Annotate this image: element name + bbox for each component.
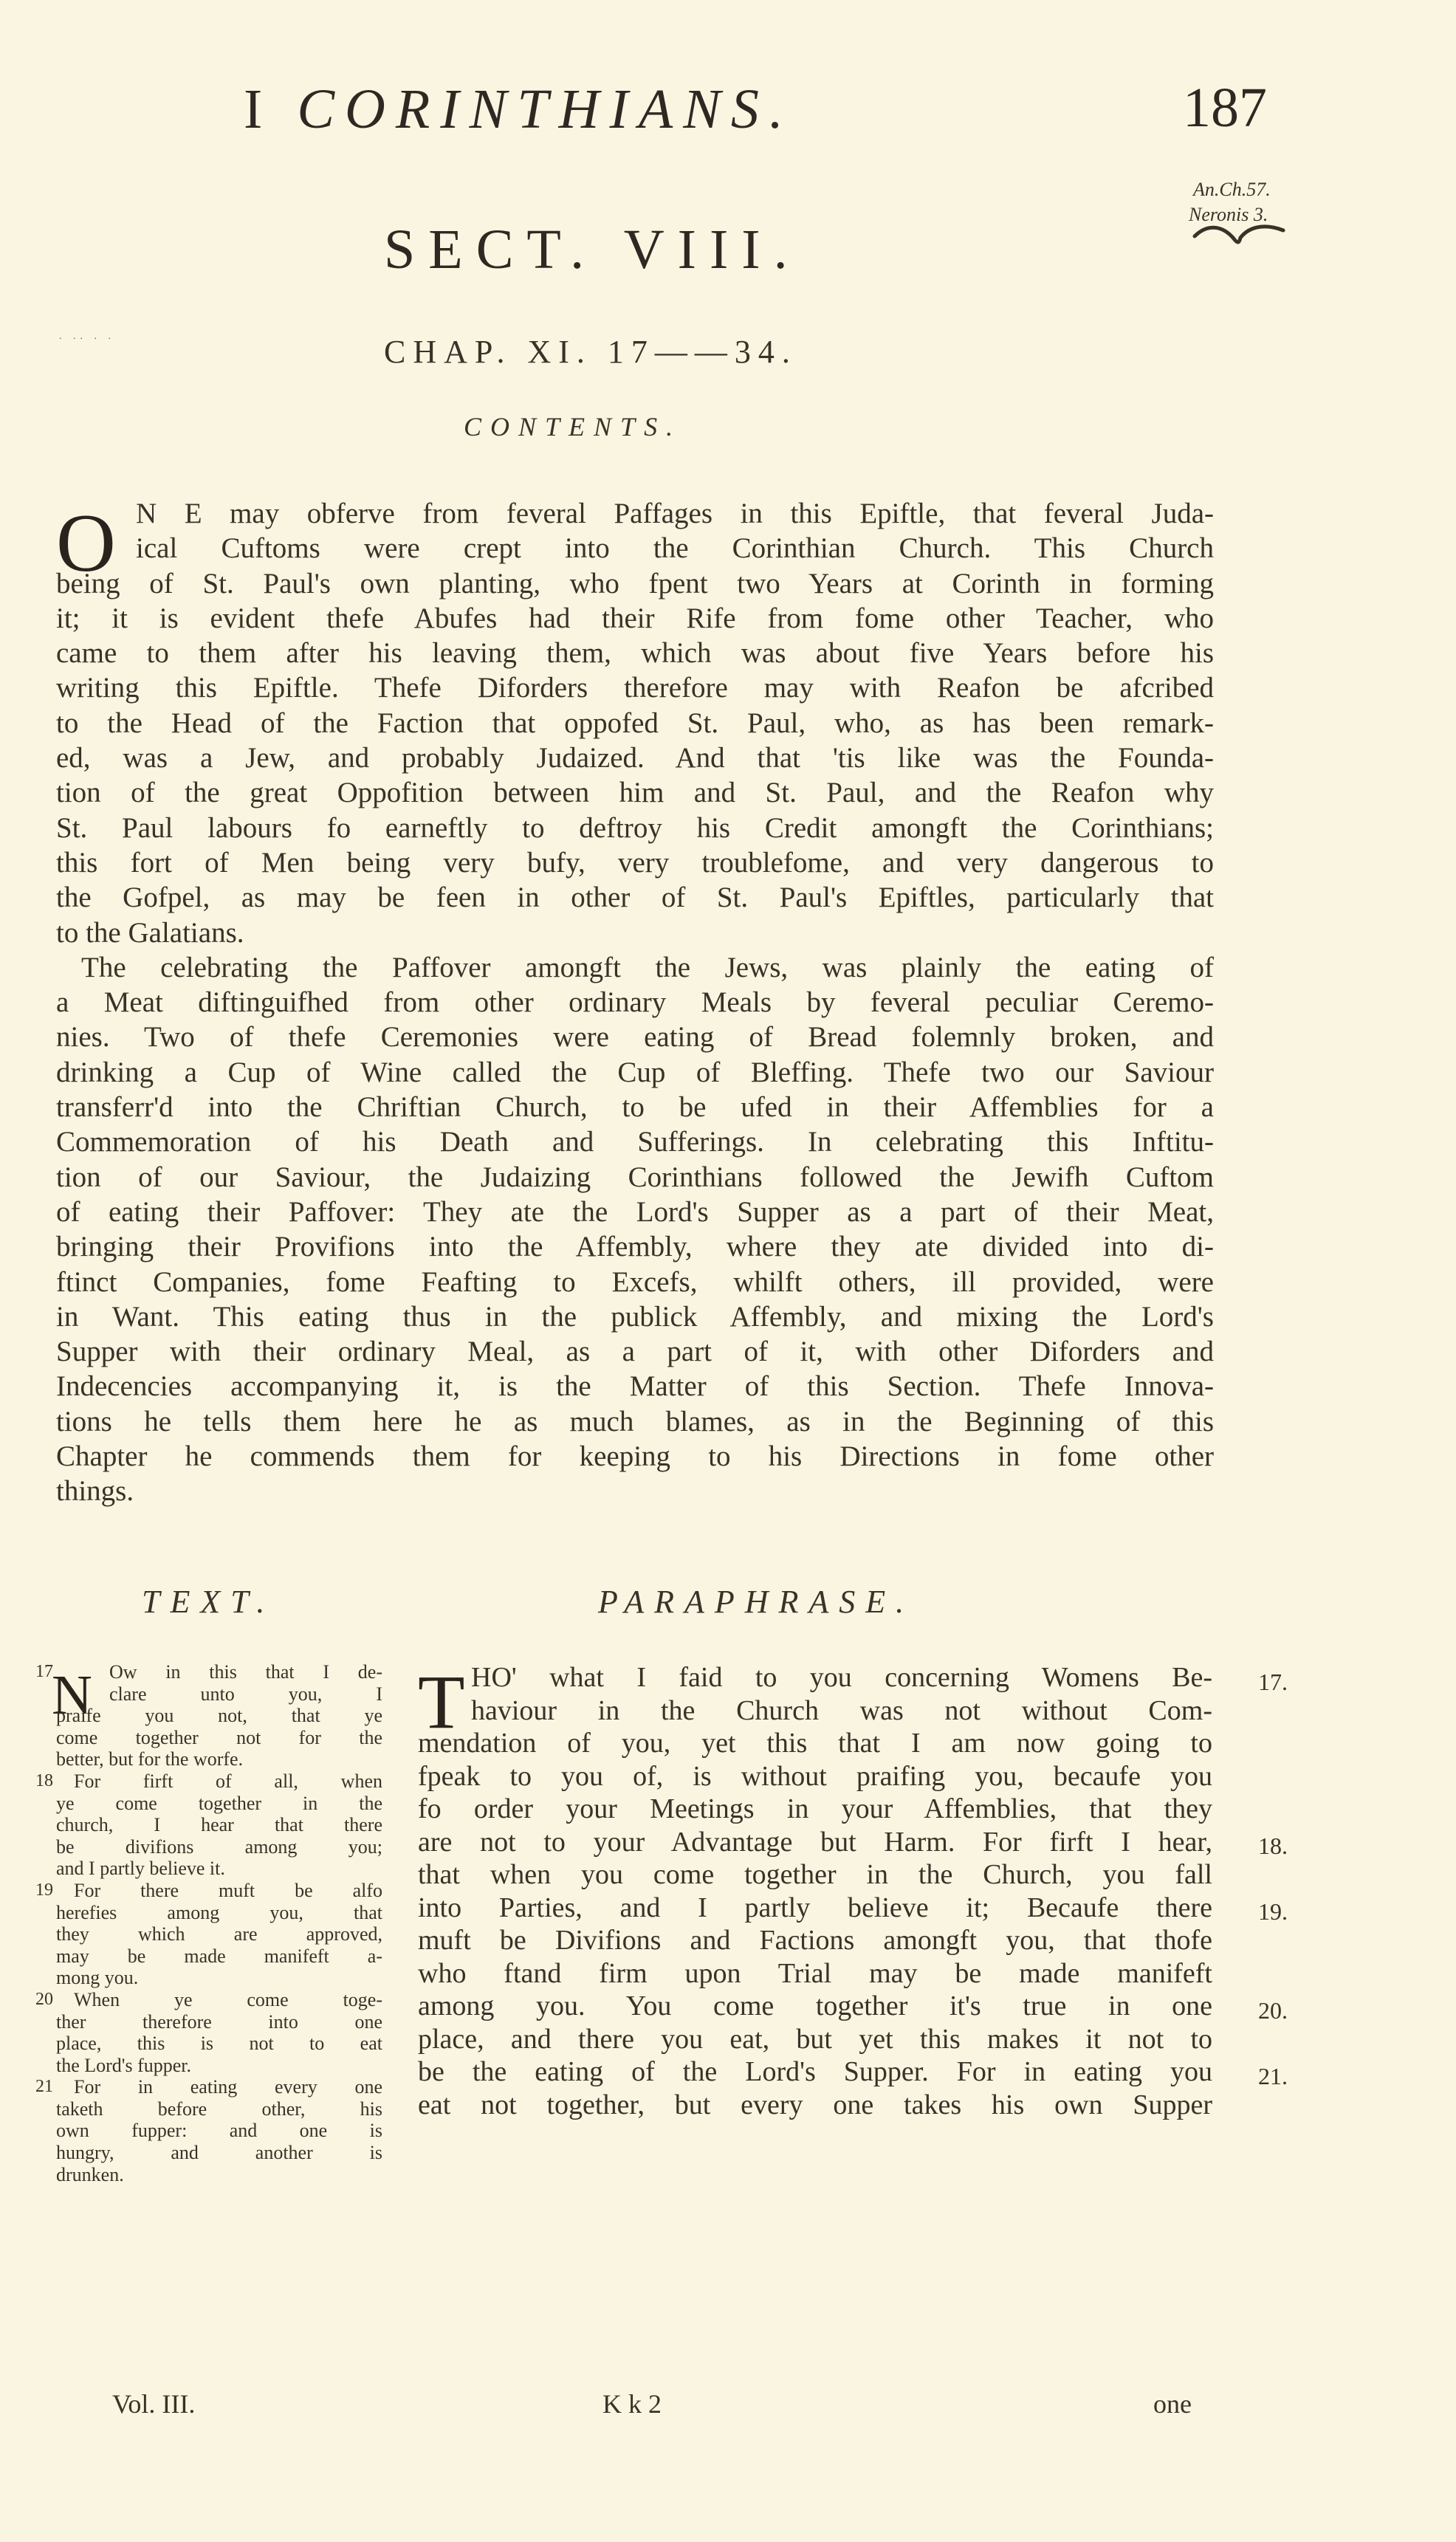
volume-label: Vol. III. (112, 2391, 195, 2417)
ornament-flourish-icon (1192, 221, 1288, 251)
paraphrase-line: fo order your Meetings in your Affemblie… (418, 1793, 1212, 1826)
text-line: clare unto you, I (35, 1683, 382, 1705)
contents-line: things. (56, 1474, 1214, 1508)
text-line: taketh before other, his (35, 2098, 382, 2120)
verse-marker: 17. (1258, 1670, 1288, 1694)
text-line: the Lord's fupper. (35, 2055, 382, 2077)
paraphrase-line: fpeak to you of, is without praifing you… (418, 1760, 1212, 1793)
contents-line: came to them after his leaving them, whi… (56, 636, 1214, 670)
text-line: 20When ye come toge- (35, 1989, 382, 2011)
text-line: better, but for the worfe. (35, 1748, 382, 1770)
contents-line: Commemoration of his Death and Suffering… (56, 1124, 1214, 1159)
paraphrase-line: among you. You come together it's true i… (418, 1990, 1212, 2023)
text-line: drunken. (35, 2164, 382, 2186)
text-line: ye come together in the (35, 1793, 382, 1815)
contents-line: tion of the great Oppofition between him… (56, 775, 1214, 810)
running-title-prefix: I (244, 78, 297, 140)
contents-line: writing this Epiftle. Thefe Diforders th… (56, 670, 1214, 705)
paraphrase-line: are not to your Advantage but Harm. For … (418, 1826, 1212, 1859)
paraphrase-line: muft be Divifions and Factions amongft y… (418, 1924, 1212, 1957)
paraphrase-column: HO' what I faid to you concerning Womens… (418, 1661, 1212, 2121)
page-number: 187 (1183, 80, 1267, 136)
contents-line: ical Cuftoms were crept into the Corinth… (56, 531, 1214, 566)
contents-line: Indecencies accompanying it, is the Matt… (56, 1369, 1214, 1404)
verse-number: 21 (35, 2076, 53, 2098)
paraphrase-line: that when you come together in the Churc… (418, 1858, 1212, 1892)
text-line: own fupper: and one is (35, 2120, 382, 2142)
contents-line: Supper with their ordinary Meal, as a pa… (56, 1334, 1214, 1369)
paraphrase-line: be the eating of the Lord's Supper. For … (418, 2055, 1212, 2089)
verse-number: 18 (35, 1770, 53, 1793)
text-column: 17Ow in this that I de- clare unto you, … (35, 1661, 382, 2185)
contents-line: of eating their Paffover: They ate the L… (56, 1195, 1214, 1229)
text-line: and I partly believe it. (35, 1858, 382, 1880)
contents-line: ftinct Companies, fome Feafting to Excef… (56, 1265, 1214, 1299)
text-line: place, this is not to eat (35, 2033, 382, 2055)
chapter-title: CHAP. XI. 17——34. (384, 336, 797, 368)
verse-marker: 21. (1258, 2064, 1288, 2088)
text-line: 21For in eating every one (35, 2076, 382, 2098)
paraphrase-line: place, and there you eat, but yet this m… (418, 2023, 1212, 2056)
contents-line: tion of our Saviour, the Judaizing Corin… (56, 1160, 1214, 1195)
text-line: mong you. (35, 1967, 382, 1989)
contents-line: The celebrating the Paffover amongft the… (56, 950, 1214, 985)
verse-number: 20 (35, 1989, 53, 2011)
paraphrase-line: eat not together, but every one takes hi… (418, 2089, 1212, 2122)
contents-line: a Meat diftinguifhed from other ordinary… (56, 985, 1214, 1020)
paraphrase-line: mendation of you, yet this that I am now… (418, 1727, 1212, 1760)
contents-line: it; it is evident thefe Abufes had their… (56, 601, 1214, 636)
contents-line: being of St. Paul's own planting, who fp… (56, 566, 1214, 601)
paraphrase-line: HO' what I faid to you concerning Womens… (418, 1661, 1212, 1694)
contents-line: N E may obferve from feveral Paffages in… (56, 496, 1214, 531)
paraphrase-column-heading: PARAPHRASE. (598, 1586, 914, 1618)
contents-line: Chapter he commends them for keeping to … (56, 1439, 1214, 1474)
contents-line: drinking a Cup of Wine called the Cup of… (56, 1055, 1214, 1090)
text-line: church, I hear that there (35, 1814, 382, 1836)
contents-line: the Gofpel, as may be feen in other of S… (56, 880, 1214, 915)
stray-marks: . .. . . (59, 331, 115, 343)
text-line: 17Ow in this that I de- (35, 1661, 382, 1683)
contents-line: transferr'd into the Chriftian Church, t… (56, 1090, 1214, 1124)
verse-number: 19 (35, 1880, 53, 1902)
verse-marker: 18. (1258, 1834, 1288, 1858)
contents-line: St. Paul labours fo earneftly to deftroy… (56, 811, 1214, 845)
margin-note-year: An.Ch.57. (1193, 180, 1271, 199)
text-line: praife you not, that ye (35, 1705, 382, 1727)
verse-number: 17 (35, 1661, 53, 1683)
verse-marker: 20. (1258, 1999, 1288, 2022)
verse-marker: 19. (1258, 1900, 1288, 1923)
running-title: I CORINTHIANS. (244, 81, 794, 137)
contents-heading: CONTENTS. (464, 413, 681, 440)
text-line: come together not for the (35, 1727, 382, 1749)
catchword: one (1153, 2391, 1192, 2417)
contents-line: bringing their Provifions into the Affem… (56, 1229, 1214, 1264)
contents-line: tions he tells them here he as much blam… (56, 1404, 1214, 1439)
signature-mark: K k 2 (602, 2391, 662, 2417)
text-column-heading: TEXT. (142, 1586, 275, 1618)
text-line: 19For there muft be alfo (35, 1880, 382, 1902)
paraphrase-line: into Parties, and I partly believe it; B… (418, 1892, 1212, 1925)
contents-line: to the Head of the Faction that oppofed … (56, 706, 1214, 741)
text-line: may be made manifeft a- (35, 1945, 382, 1968)
contents-body: N E may obferve from feveral Paffages in… (56, 496, 1214, 1509)
paraphrase-line: haviour in the Church was not without Co… (418, 1694, 1212, 1728)
running-title-text: CORINTHIANS. (297, 78, 794, 140)
text-line: 18For firft of all, when (35, 1770, 382, 1793)
contents-line: nies. Two of thefe Ceremonies were eatin… (56, 1020, 1214, 1054)
paraphrase-line: who ftand firm upon Trial may be made ma… (418, 1957, 1212, 1990)
text-line: herefies among you, that (35, 1902, 382, 1924)
text-line: they which are approved, (35, 1923, 382, 1945)
text-line: be divifions among you; (35, 1836, 382, 1858)
text-line: ther therefore into one (35, 2011, 382, 2033)
text-line: hungry, and another is (35, 2142, 382, 2164)
contents-line: this fort of Men being very bufy, very t… (56, 845, 1214, 880)
contents-line: to the Galatians. (56, 916, 1214, 950)
section-title: SECT. VIII. (384, 221, 801, 278)
contents-line: ed, was a Jew, and probably Judaized. An… (56, 741, 1214, 775)
contents-line: in Want. This eating thus in the publick… (56, 1299, 1214, 1334)
